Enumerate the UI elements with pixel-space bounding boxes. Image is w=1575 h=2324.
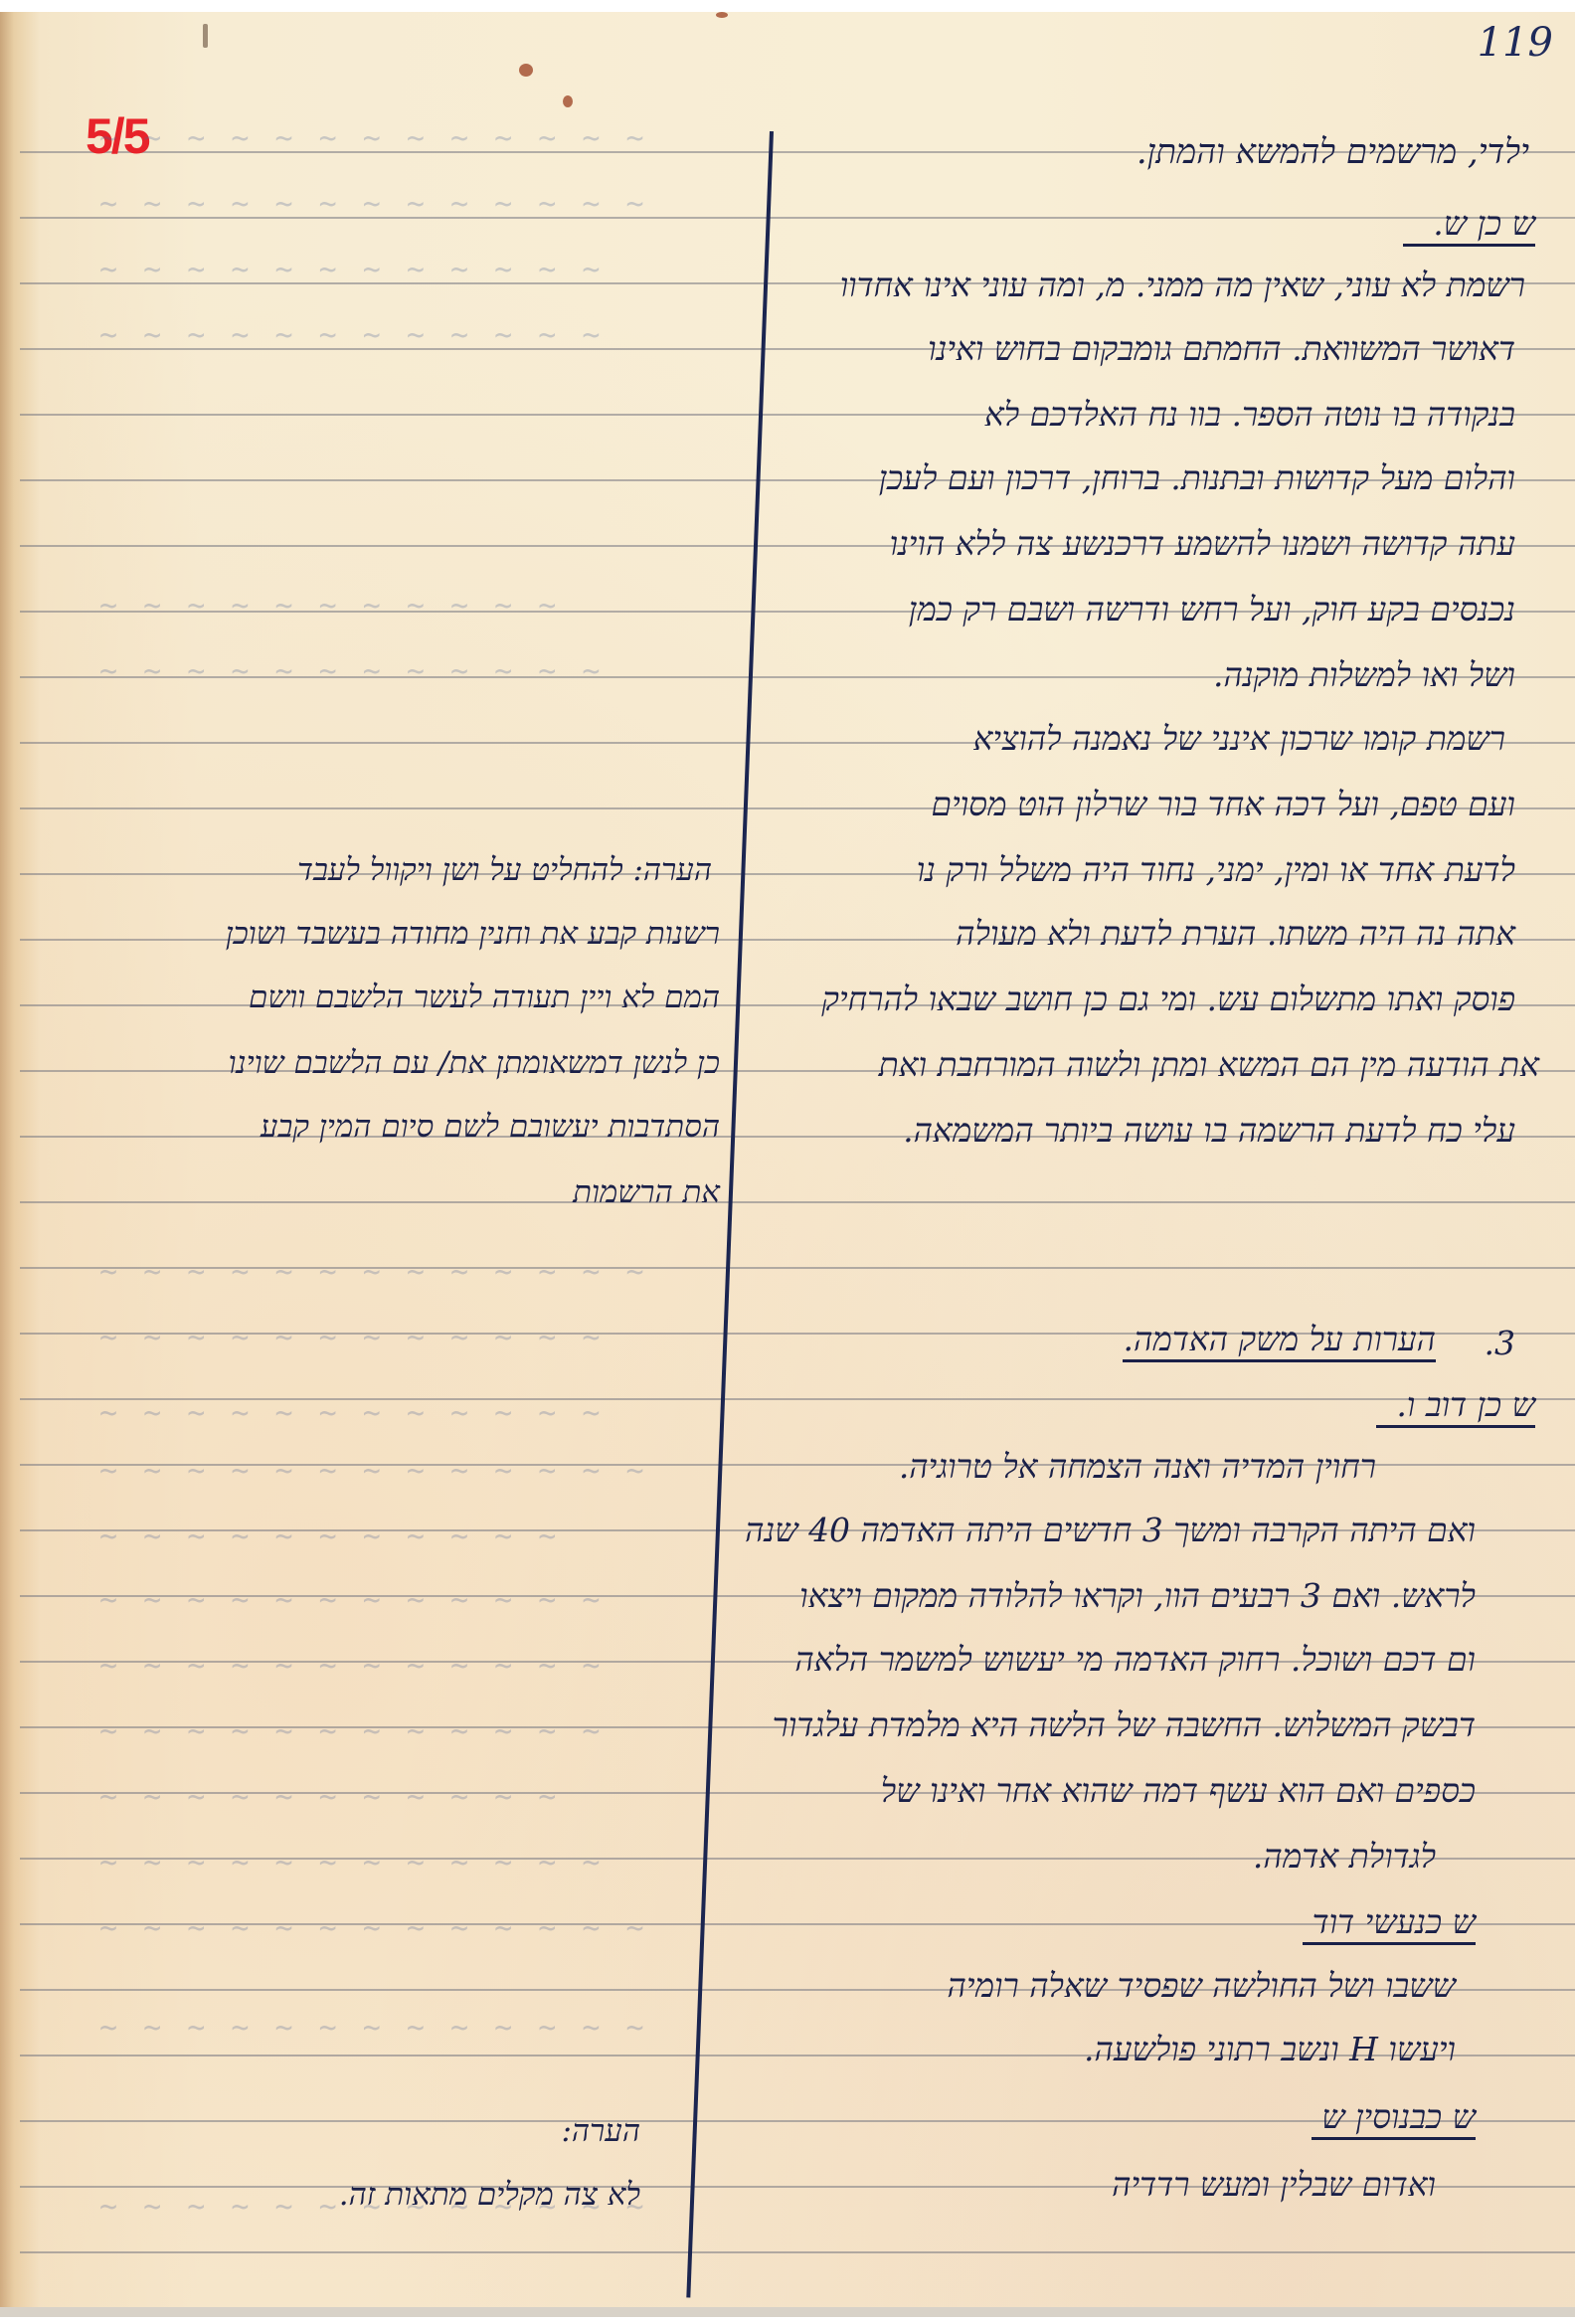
bleed-through-text: ~ ~ ~ ~ ~ ~ ~ ~ ~ ~ ~ ~ ~ [99,187,648,222]
bleed-through-text: ~ ~ ~ ~ ~ ~ ~ ~ ~ ~ ~ ~ [99,1321,604,1355]
right-line: פוסק ואתו מתשלום עש. ומי גם כן חושב שבאו… [821,983,1515,1015]
bleed-through-text: ~ ~ ~ ~ ~ ~ ~ ~ ~ ~ ~ ~ ~ [99,1255,648,1290]
right-line: דאושר המשוואת. החמתם גומבקום בחוש ואינו [928,332,1515,365]
ink-stain [203,24,208,48]
bleed-through-text: ~ ~ ~ ~ ~ ~ ~ ~ ~ ~ ~ ~ ~ [99,1454,648,1489]
right-line: ילדי, מרשמים להמשא והמתן. [1137,135,1529,169]
bleed-through-text: ~ ~ ~ ~ ~ ~ ~ ~ ~ ~ ~ ~ [99,1583,604,1618]
left-footer-label: הערה: [561,2116,640,2147]
left-note-line: הערה: להחליט על ושן ויקוול לעבד [297,855,712,886]
bleed-through-text: ~ ~ ~ ~ ~ ~ ~ ~ ~ ~ ~ ~ [99,1649,604,1684]
section-paragraph-line: לראש. ואם 3 רבעים הוו, וקראו להלודה ממקו… [799,1579,1476,1612]
bleed-through-text: ~ ~ ~ ~ ~ ~ ~ ~ ~ ~ ~ ~ [99,318,604,353]
right-line: עתה קדושה ושמנו להשמע דרכנשע צה ללא הוינ… [890,527,1515,560]
bleed-through-text: ~ ~ ~ ~ ~ ~ ~ ~ ~ ~ ~ ~ ~ [99,121,648,156]
left-note-line: את הרשמות [573,1177,720,1208]
page-edge [0,2307,1575,2317]
left-footer-text: לא צה מקלים מתאות זה. [339,2180,640,2211]
right-heading: ש כן ש. [1403,207,1535,247]
ink-stain [563,95,573,107]
left-note-line: כן לנשן דמשאומתן את/ עם הלשבם שוינו [229,1048,720,1079]
section-number: 3. [1485,1327,1516,1359]
section-subheading: ש כן דוב ו. [1376,1388,1535,1428]
left-note-line: הסתדבות יעשובם לשם סיום המין קבע [261,1112,720,1143]
right-line: ושל ואו למשלות מוקנה. [1213,658,1515,691]
ink-stain [716,12,728,18]
right-line: אתה נה היה משתו. הערת לדעת ולא מעולה [956,917,1515,950]
right-line: עלי כח לדעת הרשמה בו עושה ביותר המשמאה. [903,1114,1515,1147]
section-paragraph-line: ום דכם ושוכל. רחוק האדמה מי יעשוש למשמר … [794,1643,1476,1676]
right-line: בנקודה בו נוטה הספר. בוו נח האלדכם לא [984,398,1515,431]
right-line: ועם טפם, ועל דכה אחד בור שרלון הוט מסוים [931,788,1515,820]
ink-stain [519,64,533,77]
section-heading: הערות על משק האדמה. [1123,1323,1436,1362]
left-note-line: רשנות קבע את וחנין מחודה בעשבד ושוכן [226,919,720,950]
bleed-through-text: ~ ~ ~ ~ ~ ~ ~ ~ ~ ~ ~ ~ [99,1846,604,1880]
right-line: רשמת קומו שרכון אינני של נאמנה להוציא [973,722,1505,755]
section-paragraph-line: לגדולת אדמה. [1253,1840,1436,1873]
subsection-line: ששבו ושל החולשה שפסיד שאלה רומיה [948,1969,1456,2002]
subsection-heading-final: ש כבנוסין ש [1312,2100,1476,2140]
bleed-through-text: ~ ~ ~ ~ ~ ~ ~ ~ ~ ~ ~ ~ [99,253,604,287]
subsection-heading-david: ש כנעשי דוד [1303,1905,1476,1945]
ruled-line [20,2251,1575,2253]
bleed-through-text: ~ ~ ~ ~ ~ ~ ~ ~ ~ ~ ~ ~ ~ [99,2011,648,2046]
bleed-through-text: ~ ~ ~ ~ ~ ~ ~ ~ ~ ~ ~ [99,589,560,624]
subsection-line: ויעשו H ונשב רתוני פולשעה. [1084,2033,1456,2065]
column-divider-line [686,131,774,2298]
bleed-through-text: ~ ~ ~ ~ ~ ~ ~ ~ ~ ~ ~ ~ ~ [99,1911,648,1946]
bleed-through-text: ~ ~ ~ ~ ~ ~ ~ ~ ~ ~ ~ ~ [99,654,604,689]
section-paragraph-line: כספים ואם הוא עשף דמה שהוא אחר ואינו של [881,1774,1476,1807]
bleed-through-text: ~ ~ ~ ~ ~ ~ ~ ~ ~ ~ ~ [99,1520,560,1554]
section-paragraph-line: דבשק המשלוש. החשבה של הלשה היא מלמדת עלג… [773,1708,1476,1741]
notebook-page: 5/5 119 ~ ~ ~ ~ ~ ~ ~ ~ ~ ~ ~ ~ ~ ~ ~ ~ … [0,12,1575,2317]
left-note-line: המם לא ויין תעודה לעשר הלשבם וושם [249,983,720,1013]
section-paragraph-line: ואם היתה הקרבה ומשך 3 חדשים היתה האדמה 4… [745,1514,1476,1546]
bleed-through-text: ~ ~ ~ ~ ~ ~ ~ ~ ~ ~ ~ [99,1780,560,1815]
right-line: נכנסים בקע חוק, ועל רחש ודרשה ושבם רק כמ… [909,593,1515,626]
ruled-line [20,1201,1575,1203]
subsection-line: ואדום שבלין ומעש רדדיה [1112,2168,1436,2201]
bleed-through-text: ~ ~ ~ ~ ~ ~ ~ ~ ~ ~ ~ ~ [99,1714,604,1749]
section-paragraph-line: רחוין המדיה ואנה הצמחה אל טרוגיה. [899,1450,1376,1483]
page-number: 119 [1478,20,1553,66]
right-line: את הודעה מין הם המשא ומתן ולשוה המורחבת … [879,1048,1539,1081]
right-line: לדעת אחד או ומין, ימני, נחוד היה משלל ור… [917,853,1515,886]
right-line: והלום מעל קדושות ובתנות. ברוחן, דרכון וע… [879,461,1515,494]
bleed-through-text: ~ ~ ~ ~ ~ ~ ~ ~ ~ ~ ~ ~ [99,1396,604,1431]
right-line: רשמת לא עוני, שאין מה ממני. מ, ומה עוני … [840,268,1525,301]
